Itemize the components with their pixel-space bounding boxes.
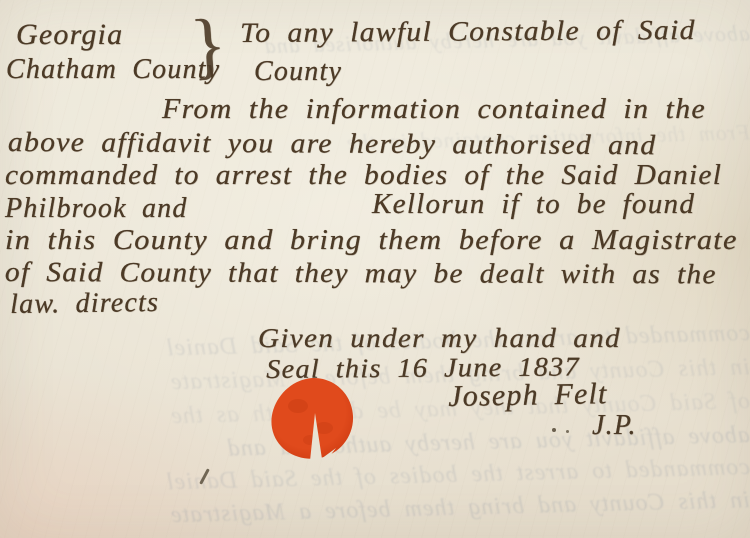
ink-speck-mark: [552, 428, 556, 432]
signature-joseph-felt: Joseph Felt: [448, 379, 608, 412]
header-address-line1: To any lawful Constable of Said: [240, 17, 696, 48]
ink-speck-mark: [566, 430, 569, 433]
body-line-4-right: Kellorun if to be found: [372, 191, 695, 219]
header-county-text: Chatham County: [6, 56, 220, 84]
body-line-2: above affidavit you are hereby authorise…: [8, 129, 657, 160]
document-page: above affidavit you are hereby authorise…: [0, 0, 750, 538]
body-line-6: of Said County that they may be dealt wi…: [5, 259, 717, 289]
body-line-3: commanded to arrest the bodies of the Sa…: [5, 162, 722, 190]
signature-jp-initials: J.P.: [592, 412, 637, 440]
body-line-7: law. directs: [10, 289, 159, 319]
body-line-4-left: Philbrook and: [5, 195, 188, 223]
header-address-line2: County: [254, 58, 342, 86]
closing-given-line: Given under my hand and: [258, 325, 621, 352]
body-line-5: in this County and bring them before a M…: [5, 227, 738, 255]
body-line-1: From the information contained in the: [162, 96, 706, 124]
red-wax-seal-icon: [266, 376, 358, 462]
header-brace-glyph: }: [188, 8, 229, 84]
header-state-text: Georgia: [16, 20, 123, 50]
